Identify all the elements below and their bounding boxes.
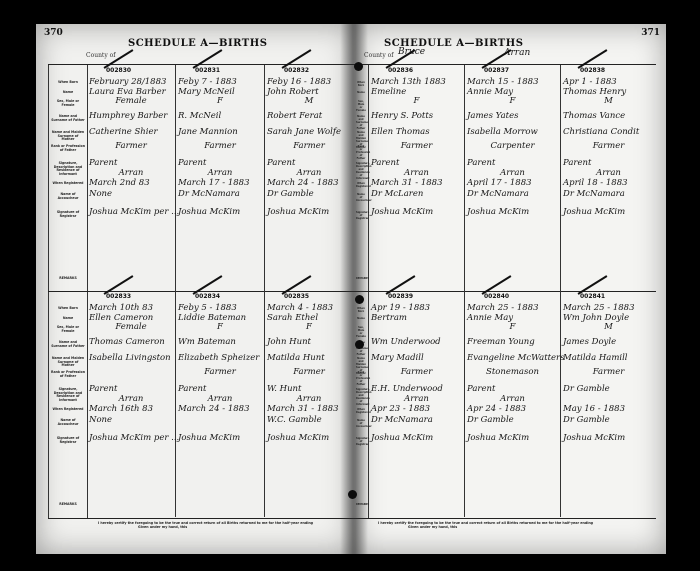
- row-label: Name: [51, 91, 85, 95]
- row-label: When Registered: [51, 408, 85, 412]
- field-when-born: March 15 - 1883: [467, 77, 558, 87]
- certificate-number: 002831: [195, 67, 220, 74]
- page-number: 371: [641, 28, 660, 38]
- field-when-born: Feby 16 - 1883: [267, 77, 351, 87]
- field-informant: Arran: [267, 168, 351, 178]
- certificate-number: 002835: [284, 293, 309, 300]
- field-mother: Matilda Hunt: [267, 353, 351, 363]
- certificate-number: 002830: [106, 67, 131, 74]
- field-accoucheur: Dr McLaren: [371, 189, 462, 199]
- field-mother: Isabella Livingston: [89, 353, 173, 363]
- field-sex: M: [267, 96, 351, 106]
- row-label: Name and Surname of Father: [51, 115, 85, 122]
- field-registered: Apr 24 - 1883: [467, 404, 558, 414]
- field-registrar: Joshua McKim: [371, 433, 462, 443]
- certificate-number: 002841: [580, 293, 605, 300]
- field-informant: Parent: [467, 384, 558, 394]
- ink-blot: [355, 295, 364, 304]
- row-label: Sex, Male or Female: [51, 326, 85, 333]
- checkmark-slash: [482, 49, 512, 69]
- row-label: When Registered: [51, 182, 85, 186]
- field-registrar: Joshua McKim: [178, 433, 262, 443]
- field-father: R. McNeil: [178, 111, 262, 121]
- field-profession: Farmer: [178, 367, 262, 377]
- field-registered: March 31 - 1883: [267, 404, 351, 414]
- certification-footer: I hereby certify the foregoing to be the…: [378, 521, 593, 529]
- ink-blot: [354, 62, 363, 71]
- field-informant: Arran: [467, 168, 558, 178]
- field-when-born: March 10th 83: [89, 303, 173, 313]
- certificate-number: 002837: [484, 67, 509, 74]
- field-sex: F: [178, 322, 262, 332]
- field-sex: F: [467, 96, 558, 106]
- field-registrar: Joshua McKim per ...: [89, 207, 173, 217]
- schedule-title: SCHEDULE A—BIRTHS: [128, 38, 267, 49]
- field-when-born: Apr 1 - 1883: [563, 77, 654, 87]
- field-name: Bertram: [371, 313, 462, 323]
- field-registered: May 16 - 1883: [563, 404, 654, 414]
- field-informant: Arran: [89, 394, 173, 404]
- given-text: Given under my hand, this: [408, 525, 593, 529]
- register-entry: 002836March 13th 1883EmelineFHenry S. Po…: [368, 65, 465, 291]
- field-profession: Farmer: [267, 367, 351, 377]
- field-registered: April 17 - 1883: [467, 178, 558, 188]
- field-informant: Arran: [178, 168, 262, 178]
- field-informant: Arran: [178, 394, 262, 404]
- field-profession: Farmer: [563, 367, 654, 377]
- given-text: Given under my hand, this: [138, 525, 313, 529]
- field-profession: Stonemason: [467, 367, 558, 377]
- right-page: 371 SCHEDULE A—BIRTHS County of Bruce Ar…: [354, 24, 666, 554]
- register-entry: 002840March 25 - 1883Annie MayFFreeman Y…: [464, 291, 561, 517]
- field-father: Wm Underwood: [371, 337, 462, 347]
- field-registrar: Joshua McKim: [267, 433, 351, 443]
- field-accoucheur: Dr McNamara: [371, 415, 462, 425]
- register-entry: 002838Apr 1 - 1883Thomas HenryMThomas Va…: [560, 65, 656, 291]
- row-label: Name and Maiden Surname of Mother: [51, 131, 85, 142]
- field-informant: Parent: [467, 158, 558, 168]
- county-label: County of: [364, 52, 393, 59]
- field-registrar: Joshua McKim: [371, 207, 462, 217]
- register-grid: When BornNameSex, Male or FemaleName and…: [48, 64, 354, 519]
- field-accoucheur: None: [89, 415, 173, 425]
- field-informant: Arran: [371, 394, 462, 404]
- field-father: Robert Ferat: [267, 111, 351, 121]
- field-sex: M: [563, 322, 654, 332]
- field-father: James Yates: [467, 111, 558, 121]
- checkmark-slash: [282, 49, 312, 69]
- field-registrar: Joshua McKim per ...: [89, 433, 173, 443]
- field-accoucheur: None: [89, 189, 173, 199]
- field-registered: April 18 - 1883: [563, 178, 654, 188]
- field-accoucheur: W.C. Gamble: [267, 415, 351, 425]
- register-entry: 002831Feby 7 - 1883Mary McNeilFR. McNeil…: [175, 65, 265, 291]
- row-label: Name and Surname of Father: [51, 341, 85, 348]
- certification-footer: I hereby certify the foregoing to be the…: [98, 521, 313, 529]
- left-page: 370 SCHEDULE A—BIRTHS County of When Bor…: [36, 24, 354, 554]
- checkmark-slash: [578, 49, 608, 69]
- row-label: Name: [51, 317, 85, 321]
- field-mother: Jane Mannion: [178, 127, 262, 137]
- field-father: Freeman Young: [467, 337, 558, 347]
- row-label: Name and Maiden Surname of Mother: [51, 357, 85, 368]
- field-profession: Farmer: [267, 141, 351, 151]
- field-when-born: Feby 7 - 1883: [178, 77, 262, 87]
- register-entry: 002830February 28/1883Laura Eva BarberFe…: [86, 65, 176, 291]
- field-when-born: March 25 - 1883: [467, 303, 558, 313]
- field-registered: Apr 23 - 1883: [371, 404, 462, 414]
- field-registered: March 24 - 1883: [178, 404, 262, 414]
- field-registrar: Joshua McKim: [178, 207, 262, 217]
- certificate-number: 002839: [388, 293, 413, 300]
- row-label: Sex, Male or Female: [51, 100, 85, 107]
- field-registered: March 16th 83: [89, 404, 173, 414]
- field-mother: Christiana Condit: [563, 127, 654, 137]
- field-mother: Sarah Jane Wolfe: [267, 127, 351, 137]
- register-entry: 002841March 25 - 1883Wm John DoyleMJames…: [560, 291, 656, 517]
- field-registered: March 17 - 1883: [178, 178, 262, 188]
- field-profession: Carpenter: [467, 141, 558, 151]
- certificate-number: 002832: [284, 67, 309, 74]
- field-sex: F: [178, 96, 262, 106]
- field-sex: F: [371, 96, 462, 106]
- field-profession: Farmer: [89, 141, 173, 151]
- page-number: 370: [44, 28, 63, 38]
- field-registered: March 2nd 83: [89, 178, 173, 188]
- certificate-number: 002836: [388, 67, 413, 74]
- row-label: Signature of Registrar: [51, 211, 85, 218]
- row-label: Rank or Profession of Father: [51, 371, 85, 378]
- field-father: Thomas Vance: [563, 111, 654, 121]
- field-profession: Farmer: [371, 141, 462, 151]
- field-informant: Parent: [178, 158, 262, 168]
- field-accoucheur: Dr Gamble: [563, 415, 654, 425]
- field-profession: Farmer: [371, 367, 462, 377]
- field-informant: Parent: [178, 384, 262, 394]
- field-sex: Female: [89, 96, 173, 106]
- field-informant: Arran: [563, 168, 654, 178]
- field-mother: Evangeline McWatters: [467, 353, 558, 363]
- field-informant: Arran: [371, 168, 462, 178]
- field-registrar: Joshua McKim: [267, 207, 351, 217]
- field-registrar: Joshua McKim: [467, 207, 558, 217]
- field-father: Humphrey Barber: [89, 111, 173, 121]
- certify-text: I hereby certify the foregoing to be the…: [98, 521, 313, 525]
- field-accoucheur: Dr McNamara: [178, 189, 262, 199]
- field-informant: Arran: [89, 168, 173, 178]
- checkmark-slash: [193, 49, 223, 69]
- field-father: Henry S. Potts: [371, 111, 462, 121]
- field-father: Wm Bateman: [178, 337, 262, 347]
- field-profession: Farmer: [178, 141, 262, 151]
- row-label: Signature of Registrar: [51, 437, 85, 444]
- field-father: Thomas Cameron: [89, 337, 173, 347]
- field-when-born: March 13th 1883: [371, 77, 462, 87]
- county-label: County of: [86, 52, 115, 59]
- field-registrar: Joshua McKim: [467, 433, 558, 443]
- field-accoucheur: Dr McNamara: [563, 189, 654, 199]
- field-mother: Ellen Thomas: [371, 127, 462, 137]
- field-mother: Catherine Shier: [89, 127, 173, 137]
- field-mother: Mary Madill: [371, 353, 462, 363]
- field-registered: March 24 - 1883: [267, 178, 351, 188]
- field-father: John Hunt: [267, 337, 351, 347]
- certificate-number: 002834: [195, 293, 220, 300]
- field-informant: Parent: [563, 158, 654, 168]
- book-gutter: [340, 24, 368, 554]
- field-sex: F: [467, 322, 558, 332]
- field-informant: W. Hunt: [267, 384, 351, 394]
- field-informant: Parent: [371, 158, 462, 168]
- ink-blot: [355, 340, 364, 349]
- ink-blot: [348, 490, 357, 499]
- row-label: When Born: [51, 307, 85, 311]
- field-informant: E.H. Underwood: [371, 384, 462, 394]
- field-sex: Female: [89, 322, 173, 332]
- field-informant: Parent: [267, 158, 351, 168]
- field-registered: March 31 - 1883: [371, 178, 462, 188]
- field-sex: F: [267, 322, 351, 332]
- register-entry: 002834Feby 5 - 1883Liddie BatemanFWm Bat…: [175, 291, 265, 517]
- row-label: Signature, Description and Residence of …: [51, 162, 85, 176]
- field-mother: Elizabeth Spheizer: [178, 353, 262, 363]
- field-mother: Matilda Hamill: [563, 353, 654, 363]
- row-label: REMARKS: [51, 503, 85, 507]
- row-label: REMARKS: [51, 277, 85, 281]
- field-informant: Arran: [467, 394, 558, 404]
- field-informant: Parent: [89, 384, 173, 394]
- field-when-born: Apr 19 - 1883: [371, 303, 462, 313]
- register-entry: 002833March 10th 83Ellen CameronFemaleTh…: [86, 291, 176, 517]
- certificate-number: 002833: [106, 293, 131, 300]
- certificate-number: 002840: [484, 293, 509, 300]
- field-accoucheur: Dr Gamble: [267, 189, 351, 199]
- register-entry: 002837March 15 - 1883Annie MayFJames Yat…: [464, 65, 561, 291]
- row-label: Name of Accoucheur: [51, 193, 85, 200]
- field-profession: Farmer: [563, 141, 654, 151]
- field-accoucheur: Dr Gamble: [467, 415, 558, 425]
- register-entry: 002839Apr 19 - 1883BertramWm UnderwoodMa…: [368, 291, 465, 517]
- row-label: Signature, Description and Residence of …: [51, 388, 85, 402]
- certificate-number: 002838: [580, 67, 605, 74]
- field-mother: Isabella Morrow: [467, 127, 558, 137]
- field-informant: Parent: [89, 158, 173, 168]
- row-label: Name of Accoucheur: [51, 419, 85, 426]
- field-informant: Dr Gamble: [563, 384, 654, 394]
- row-label: When Born: [51, 81, 85, 85]
- field-registrar: Joshua McKim: [563, 207, 654, 217]
- field-father: James Doyle: [563, 337, 654, 347]
- field-when-born: March 25 - 1883: [563, 303, 654, 313]
- field-when-born: Feby 5 - 1883: [178, 303, 262, 313]
- field-sex: M: [563, 96, 654, 106]
- field-accoucheur: Dr McNamara: [467, 189, 558, 199]
- row-label: Rank or Profession of Father: [51, 145, 85, 152]
- field-when-born: February 28/1883: [89, 77, 173, 87]
- field-registrar: Joshua McKim: [563, 433, 654, 443]
- field-informant: Arran: [267, 394, 351, 404]
- field-when-born: March 4 - 1883: [267, 303, 351, 313]
- register-grid: When BornNameSex, Male or FemaleName and…: [354, 64, 656, 519]
